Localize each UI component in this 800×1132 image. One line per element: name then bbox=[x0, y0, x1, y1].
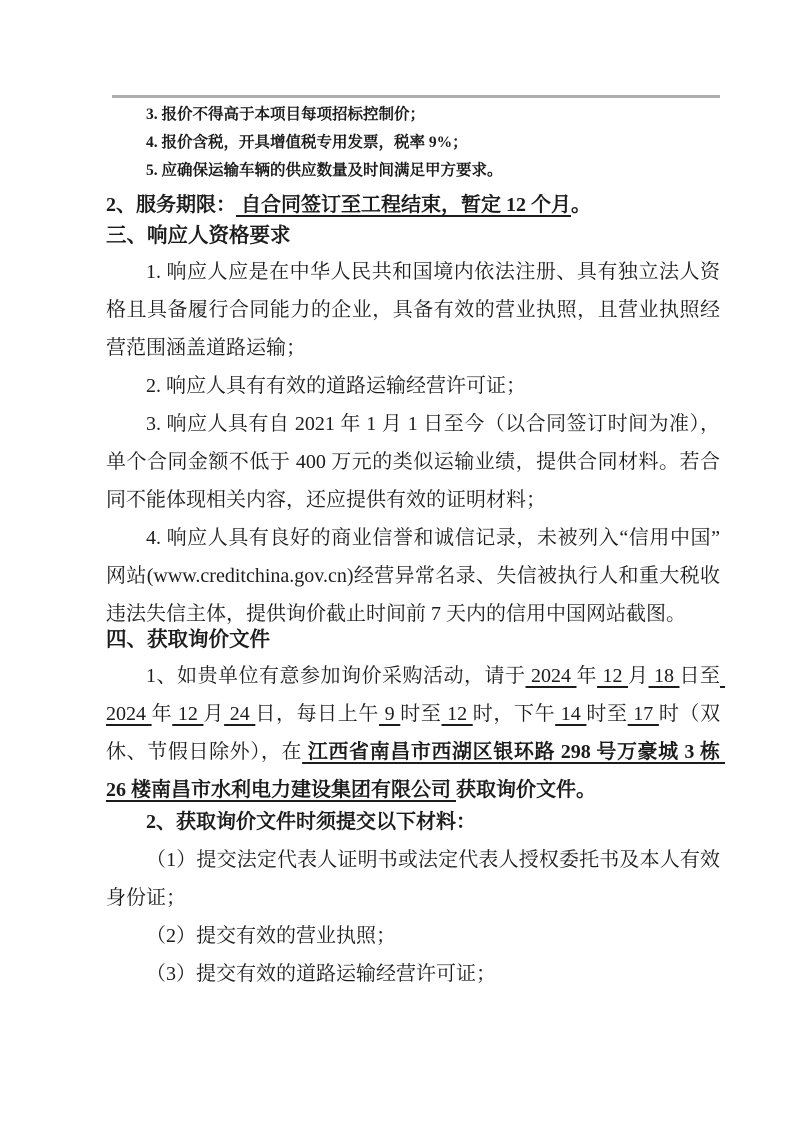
qualification-paragraph-1: 1. 响应人应是在中华人民共和国境内依法注册、具有独立法人资格且具备履行合同能力… bbox=[106, 253, 720, 367]
service-term-suffix: 。 bbox=[571, 194, 591, 216]
qualification-paragraph-3: 3. 响应人具有自 2021 年 1 月 1 日至今（以合同签订时间为准），单个… bbox=[106, 405, 720, 519]
section3-heading: 三、响应人资格要求 bbox=[106, 219, 720, 253]
service-term-label: 2、服务期限： bbox=[106, 194, 236, 216]
note-line-5: 5. 应确保运输车辆的供应数量及时间满足甲方要求。 bbox=[146, 157, 720, 185]
page-top-rule bbox=[112, 95, 720, 98]
service-term-line: 2、服务期限： 自合同签订至工程结束，暂定 12 个月。 bbox=[106, 187, 720, 223]
material-item-1: （1）提交法定代表人证明书或法定代表人授权委托书及本人有效身份证； bbox=[106, 841, 720, 917]
qualification-paragraph-4: 4. 响应人具有良好的商业信誉和诚信记录，未被列入“信用中国”网站(www.cr… bbox=[106, 519, 720, 633]
material-item-3: （3）提交有效的道路运输经营许可证； bbox=[106, 955, 720, 993]
quotation-notes: 3. 报价不得高于本项目每项招标控制价； 4. 报价含税，开具增值税专用发票，税… bbox=[106, 101, 720, 185]
document-content: 3. 报价不得高于本项目每项招标控制价； 4. 报价含税，开具增值税专用发票，税… bbox=[0, 0, 800, 993]
materials-label: 2、获取询价文件时须提交以下材料： bbox=[106, 803, 720, 841]
note-line-4: 4. 报价含税，开具增值税专用发票，税率 9%； bbox=[146, 129, 720, 157]
material-item-2: （2）提交有效的营业执照； bbox=[106, 917, 720, 955]
service-term-value: 自合同签订至工程结束，暂定 12 个月 bbox=[236, 194, 571, 216]
qualification-paragraph-2: 2. 响应人具有有效的道路运输经营许可证； bbox=[106, 367, 720, 405]
document-page: 3. 报价不得高于本项目每项招标控制价； 4. 报价含税，开具增值税专用发票，税… bbox=[0, 0, 800, 1132]
obtain-documents-paragraph: 1、如贵单位有意参加询价采购活动，请于 2024 年 12 月 18 日至 20… bbox=[106, 657, 720, 809]
note-line-3: 3. 报价不得高于本项目每项招标控制价； bbox=[146, 101, 720, 129]
